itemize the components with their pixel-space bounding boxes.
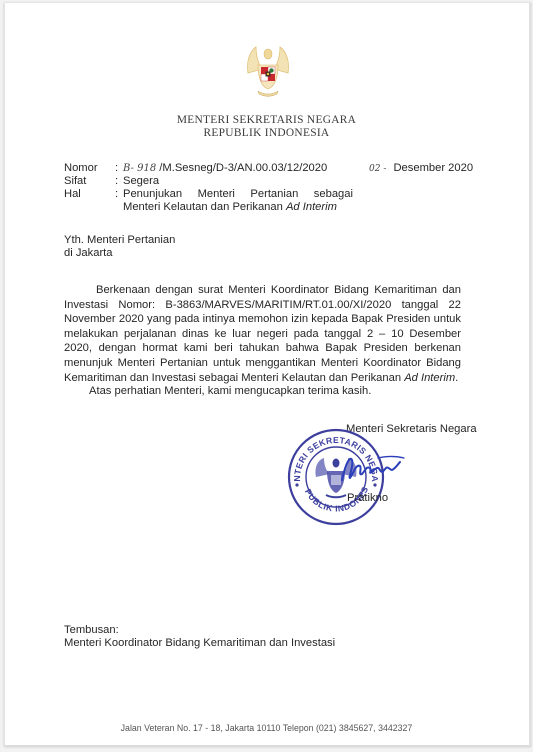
closing-sentence: Atas perhatian Menteri, kami mengucapkan… [89,385,371,397]
date-value: Desember 2020 [393,162,473,174]
garuda-emblem-icon [244,43,292,99]
recipient-name: Yth. Menteri Pertanian [64,234,175,247]
letter-meta: Nomor : B- 918 /M.Sesneg/D-3/AN.00.03/12… [64,162,353,214]
body-paragraph: Berkenaan dengan surat Menteri Koordinat… [64,283,461,385]
recipient-location: di Jakarta [64,247,175,260]
nomor-value: /M.Sesneg/D-3/AN.00.03/12/2020 [159,162,327,174]
nomor-label: Nomor [64,162,115,175]
cc-label: Tembusan: [64,624,335,637]
cc-item: Menteri Koordinator Bidang Kemaritiman d… [64,637,335,650]
meta-nomor: Nomor : B- 918 /M.Sesneg/D-3/AN.00.03/12… [64,162,353,175]
letterhead-subtitle: REPUBLIK INDONESIA [0,127,533,139]
hal-line-2: Menteri Kelautan dan Perikanan Ad Interi… [123,201,353,214]
recipient: Yth. Menteri Pertanian di Jakarta [64,234,175,260]
footer-address: Jalan Veteran No. 17 - 18, Jakarta 10110… [0,723,533,733]
meta-hal: Hal : Penunjukan Menteri Pertanian sebag… [64,188,353,201]
letter-body: Berkenaan dengan surat Menteri Koordinat… [64,283,461,385]
letter-date: 02 - Desember 2020 [369,162,473,174]
signer-name: Pratikno [347,492,388,504]
meta-sifat: Sifat : Segera [64,175,353,188]
letterhead-title: MENTERI SEKRETARIS NEGARA [0,114,533,126]
date-handwritten: 02 - [369,164,386,174]
hal-label: Hal [64,188,115,201]
nomor-handwritten: B- 918 [123,163,156,174]
handwritten-signature [338,452,408,486]
hal-line-1: Penunjukan Menteri Pertanian sebagai [123,188,353,201]
sifat-value: Segera [123,175,353,188]
sifat-label: Sifat [64,175,115,188]
carbon-copy: Tembusan: Menteri Koordinator Bidang Kem… [64,624,335,650]
